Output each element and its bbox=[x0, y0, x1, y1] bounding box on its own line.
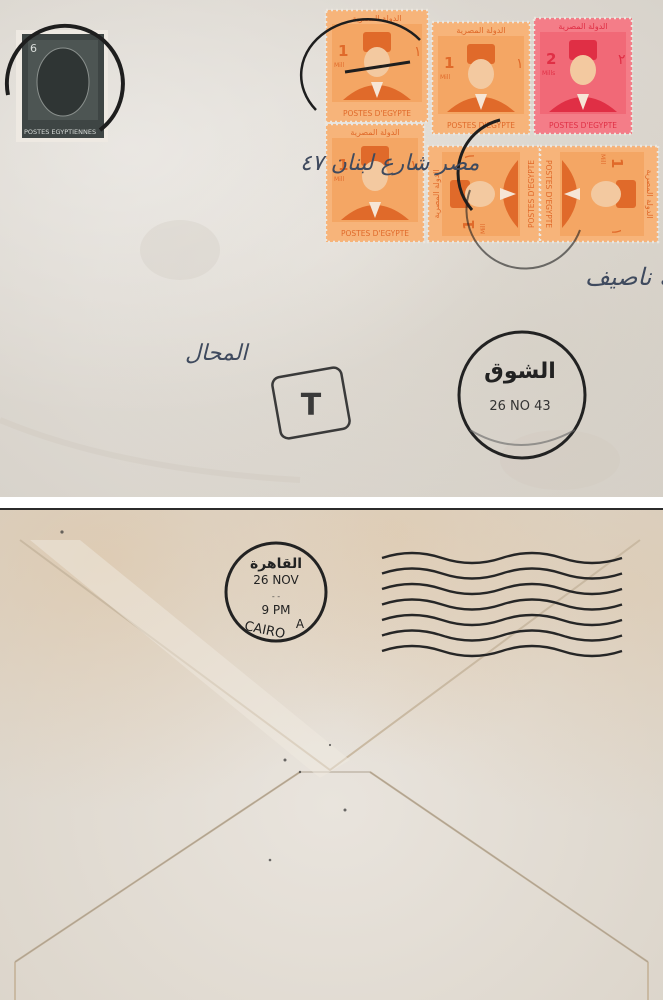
svg-text:POSTES D'EGYPTE: POSTES D'EGYPTE bbox=[341, 229, 409, 238]
svg-text:Mill: Mill bbox=[440, 74, 451, 81]
svg-text:1: 1 bbox=[338, 42, 348, 60]
stamp-farouk-1m-b: الدولة المصرية 1 Mill ١ POSTES D'EGYPTE bbox=[432, 22, 530, 134]
svg-text:الدولة المصرية: الدولة المصرية bbox=[432, 169, 441, 218]
svg-text:9 PM: 9 PM bbox=[261, 603, 290, 617]
svg-text:حضرة صاحب العزة الاستاذ فيليب: حضرة صاحب العزة الاستاذ فيليب بك ناصيف bbox=[585, 263, 663, 291]
envelope-back-art: القاهرة 26 NOV - - 9 PM CAIRO A bbox=[0, 510, 663, 1000]
svg-text:6: 6 bbox=[30, 42, 37, 55]
svg-text:T: T bbox=[301, 388, 322, 423]
svg-text:A: A bbox=[296, 617, 305, 631]
svg-text:1: 1 bbox=[608, 158, 626, 168]
svg-text:Mill: Mill bbox=[480, 223, 487, 234]
svg-text:الدولة المصرية: الدولة المصرية bbox=[350, 128, 399, 137]
envelope-front: 6 POSTES EGYPTIENNES الدولة المصرية 1 Mi… bbox=[0, 0, 663, 497]
svg-text:POSTES EGYPTIENNES: POSTES EGYPTIENNES bbox=[24, 128, 96, 136]
svg-text:26 NOV: 26 NOV bbox=[253, 573, 299, 587]
stamp-farouk-2m: الدولة المصرية 2 Mills ٢ POSTES D'EGYPTE bbox=[534, 18, 632, 134]
svg-text:- -: - - bbox=[272, 592, 280, 601]
svg-text:2: 2 bbox=[546, 50, 556, 68]
svg-text:٢: ٢ bbox=[618, 52, 626, 68]
stamp-farouk-1m-c: الدولة المصرية 1 Mill ١ POSTES D'EGYPTE bbox=[326, 124, 424, 242]
svg-text:المحال: المحال bbox=[185, 341, 250, 366]
svg-text:مصر شارع لبنان ٤٧: مصر شارع لبنان ٤٧ bbox=[300, 151, 480, 176]
envelope-front-art: 6 POSTES EGYPTIENNES الدولة المصرية 1 Mi… bbox=[0, 0, 663, 497]
svg-text:القاهرة: القاهرة bbox=[250, 556, 302, 572]
svg-text:Mill: Mill bbox=[334, 62, 345, 69]
svg-text:الدولة المصرية: الدولة المصرية bbox=[456, 26, 505, 35]
svg-text:١: ١ bbox=[414, 44, 422, 60]
envelope-back: القاهرة 26 NOV - - 9 PM CAIRO A bbox=[0, 508, 663, 1000]
svg-text:١: ١ bbox=[516, 56, 524, 72]
boxed-t-mark: T bbox=[271, 366, 351, 439]
stamp-farouk-1m-pair: الدولة المصرية 1 Mill ١ POSTES D'EGYPTE bbox=[540, 146, 658, 242]
svg-text:Mill: Mill bbox=[334, 176, 345, 183]
svg-text:1: 1 bbox=[444, 54, 454, 72]
svg-text:Mills: Mills bbox=[542, 70, 555, 77]
svg-text:١: ١ bbox=[608, 228, 624, 236]
svg-text:POSTES D'EGYPTE: POSTES D'EGYPTE bbox=[544, 160, 553, 228]
svg-text:الشوق: الشوق bbox=[484, 359, 556, 384]
svg-text:الدولة المصرية: الدولة المصرية bbox=[645, 169, 654, 218]
svg-text:Mill: Mill bbox=[599, 154, 606, 165]
svg-text:الدولة المصرية: الدولة المصرية bbox=[558, 22, 607, 31]
svg-text:POSTES D'EGYPTE: POSTES D'EGYPTE bbox=[549, 121, 617, 130]
stamp-official: 6 POSTES EGYPTIENNES bbox=[16, 30, 108, 142]
svg-text:POSTES D'EGYPTE: POSTES D'EGYPTE bbox=[527, 160, 536, 228]
wavy-cancel bbox=[382, 553, 622, 656]
svg-text:26 NO 43: 26 NO 43 bbox=[489, 399, 550, 414]
postmark-cairo: القاهرة 26 NOV - - 9 PM CAIRO A bbox=[226, 543, 326, 642]
svg-text:POSTES D'EGYPTE: POSTES D'EGYPTE bbox=[343, 109, 411, 118]
